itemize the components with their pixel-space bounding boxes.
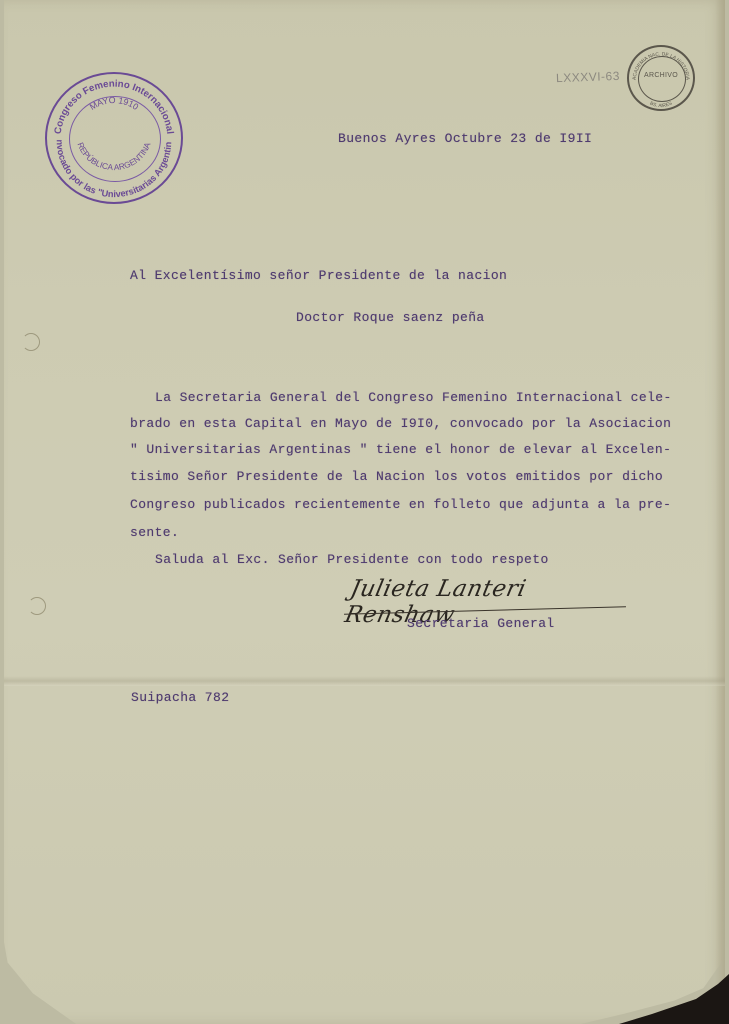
paper-edge-shadow — [715, 0, 725, 1024]
svg-text:REPÚBLICA ARGENTINA: REPÚBLICA ARGENTINA — [76, 141, 153, 172]
congreso-femenino-seal: Congreso Femenino Internacional Convocad… — [45, 72, 183, 204]
paper-fold-line — [4, 676, 725, 686]
date-line: Buenos Ayres Octubre 23 de I9II — [338, 131, 592, 146]
body-line-5: Congreso publicados recientemente en fol… — [130, 497, 671, 512]
closing-line: Saluda al Exc. Señor Presidente con todo… — [155, 552, 549, 567]
body-line-1: La Secretaria General del Congreso Femen… — [155, 390, 672, 405]
punch-hole-lower — [28, 597, 46, 615]
body-line-4: tisimo Señor Presidente de la Nacion los… — [130, 469, 663, 484]
archivo-label: ARCHIVO — [629, 72, 693, 79]
addressee-name: Doctor Roque saenz peña — [296, 310, 485, 325]
archivo-stamp: ACADEMIA NAC. DE LA HISTORIA BS. AIRES A… — [627, 45, 695, 111]
body-line-3: " Universitarias Argentinas " tiene el h… — [130, 442, 671, 457]
svg-text:Congreso Femenino Internaciona: Congreso Femenino Internacional — [53, 79, 175, 135]
catalog-number: LXXXVI-63 — [556, 69, 620, 85]
seal-text-icon: Congreso Femenino Internacional Convocad… — [47, 74, 181, 202]
body-line-2: brado en esta Capital en Mayo de I9I0, c… — [130, 416, 671, 431]
svg-text:MAYO 1910: MAYO 1910 — [88, 95, 141, 112]
addressee-line: Al Excelentísimo señor Presidente de la … — [130, 268, 507, 283]
sender-address: Suipacha 782 — [131, 690, 229, 705]
svg-text:Convocado por las "Universitar: Convocado por las "Universitarias Argent… — [47, 74, 173, 199]
svg-text:BS. AIRES: BS. AIRES — [649, 100, 674, 109]
signature-title: Secretaria General — [407, 616, 555, 631]
punch-hole-upper — [22, 333, 40, 351]
body-line-6: sente. — [130, 525, 179, 540]
